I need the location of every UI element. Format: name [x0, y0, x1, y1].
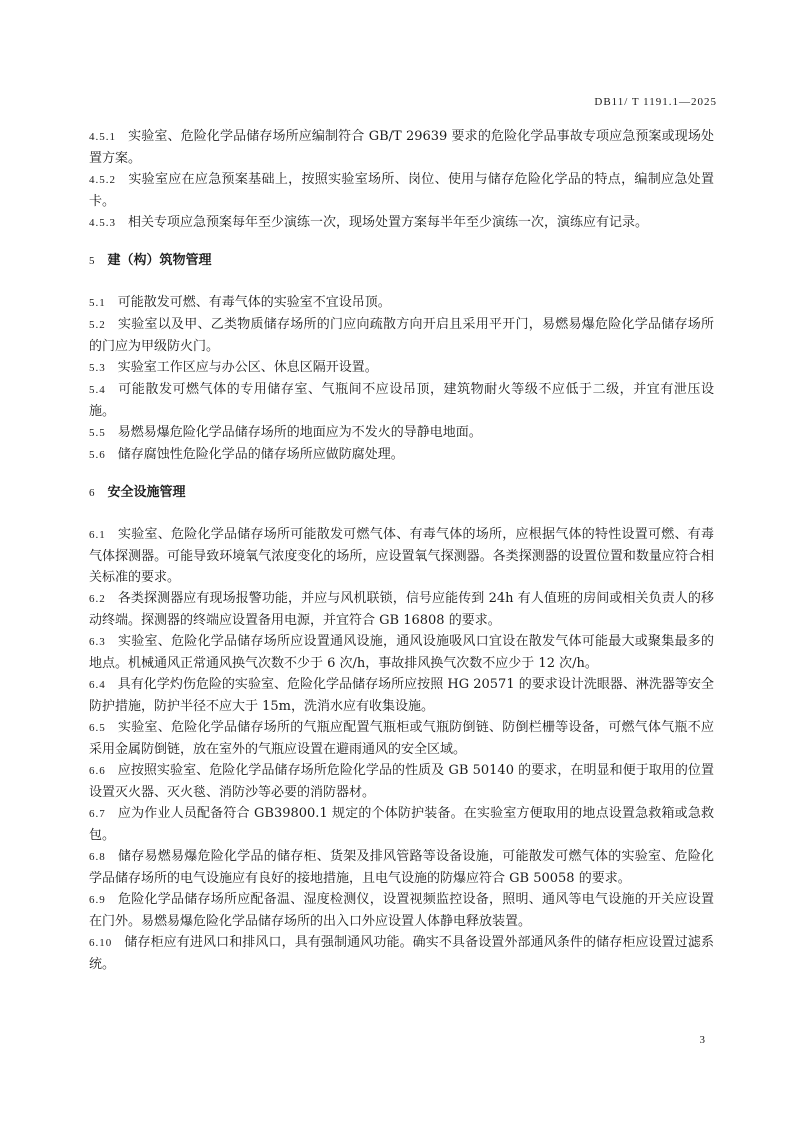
clause-text: 实验室、危险化学品储存场所的气瓶应配置气瓶柜或气瓶防倒链、防倒栏栅等设备，可燃气…: [89, 720, 714, 757]
clause-text: 实验室工作区应与办公区、休息区隔开设置。: [118, 360, 378, 375]
clause-text: 易燃易爆危险化学品储存场所的地面应为不发火的导静电地面。: [118, 425, 482, 440]
clause-number: 4.5.2: [89, 174, 116, 186]
clause-text: 相关专项应急预案每年至少演练一次，现场处置方案每半年至少演练一次，演练应有记录。: [128, 215, 648, 230]
clause-number: 6.2: [89, 593, 106, 605]
clause-number: 6.4: [89, 679, 106, 691]
clause-6-3: 6.3实验室、危险化学品储存场所应设置通风设施，通风设施吸风口宜设在散发气体可能…: [89, 631, 714, 674]
clause-number: 6.7: [89, 808, 106, 820]
clause-text: 可能散发可燃、有毒气体的实验室不宜设吊顶。: [118, 295, 391, 310]
clause-text: 危险化学品储存场所应配备温、湿度检测仪，设置视频监控设备，照明、通风等电气设施的…: [89, 892, 714, 929]
page-number: 3: [700, 1034, 706, 1046]
clause-6-8: 6.8储存易燃易爆危险化学品的储存柜、货架及排风管路等设备设施，可能散发可燃气体…: [89, 846, 714, 889]
clause-number: 5.2: [89, 319, 106, 331]
clause-number: 5.1: [89, 297, 106, 309]
clause-number: 6.10: [89, 937, 112, 949]
clause-6-10: 6.10储存柜应有进风口和排风口，具有强制通风功能。确实不具备设置外部通风条件的…: [89, 932, 714, 975]
section-title: 建（构）筑物管理: [108, 253, 212, 268]
clause-text: 储存柜应有进风口和排风口，具有强制通风功能。确实不具备设置外部通风条件的储存柜应…: [89, 935, 714, 972]
clause-text: 实验室、危险化学品储存场所应设置通风设施，通风设施吸风口宜设在散发气体可能最大或…: [89, 634, 714, 671]
clause-6-2: 6.2各类探测器应有现场报警功能，并应与风机联锁，信号应能传到 24h 有人值班…: [89, 588, 714, 631]
section-title: 安全设施管理: [108, 485, 186, 500]
clause-text: 各类探测器应有现场报警功能，并应与风机联锁，信号应能传到 24h 有人值班的房间…: [89, 591, 714, 628]
clause-text: 储存易燃易爆危险化学品的储存柜、货架及排风管路等设备设施，可能散发可燃气体的实验…: [89, 849, 714, 886]
clause-number: 6.6: [89, 765, 106, 777]
clause-5-4: 5.4可能散发可燃气体的专用储存室、气瓶间不应设吊顶，建筑物耐火等级不应低于二级…: [89, 379, 714, 422]
clause-5-2: 5.2实验室以及甲、乙类物质储存场所的门应向疏散方向开启且采用平开门，易燃易爆危…: [89, 314, 714, 357]
document-body: 4.5.1实验室、危险化学品储存场所应编制符合 GB/T 29639 要求的危险…: [89, 126, 714, 975]
clause-number: 6.8: [89, 851, 106, 863]
clause-number: 6.5: [89, 722, 106, 734]
clause-text: 具有化学灼伤危险的实验室、危险化学品储存场所应按照 HG 20571 的要求设计…: [89, 677, 714, 714]
clause-4-5-1: 4.5.1实验室、危险化学品储存场所应编制符合 GB/T 29639 要求的危险…: [89, 126, 714, 169]
clause-number: 4.5.3: [89, 217, 116, 229]
clause-number: 5.3: [89, 362, 106, 374]
clause-5-3: 5.3实验室工作区应与办公区、休息区隔开设置。: [89, 357, 714, 379]
clause-number: 5.5: [89, 427, 106, 439]
clause-text: 应按照实验室、危险化学品储存场所危险化学品的性质及 GB 50140 的要求，在…: [89, 763, 714, 800]
section-heading-5: 5建（构）筑物管理: [89, 250, 714, 272]
clause-6-9: 6.9危险化学品储存场所应配备温、湿度检测仪，设置视频监控设备，照明、通风等电气…: [89, 889, 714, 932]
clause-6-4: 6.4具有化学灼伤危险的实验室、危险化学品储存场所应按照 HG 20571 的要…: [89, 674, 714, 717]
clause-6-1: 6.1实验室、危险化学品储存场所可能散发可燃气体、有毒气体的场所，应根据气体的特…: [89, 524, 714, 588]
clause-text: 实验室、危险化学品储存场所可能散发可燃气体、有毒气体的场所，应根据气体的特性设置…: [89, 527, 714, 585]
clause-text: 可能散发可燃气体的专用储存室、气瓶间不应设吊顶，建筑物耐火等级不应低于二级，并宜…: [89, 382, 714, 419]
section-number: 6: [89, 487, 96, 499]
clause-4-5-2: 4.5.2实验室应在应急预案基础上，按照实验室场所、岗位、使用与储存危险化学品的…: [89, 169, 714, 212]
clause-4-5-3: 4.5.3相关专项应急预案每年至少演练一次，现场处置方案每半年至少演练一次，演练…: [89, 212, 714, 234]
clause-5-1: 5.1可能散发可燃、有毒气体的实验室不宜设吊顶。: [89, 292, 714, 314]
clause-6-6: 6.6应按照实验室、危险化学品储存场所危险化学品的性质及 GB 50140 的要…: [89, 760, 714, 803]
clause-6-7: 6.7应为作业人员配备符合 GB39800.1 规定的个体防护装备。在实验室方便…: [89, 803, 714, 846]
clause-number: 4.5.1: [89, 131, 116, 143]
clause-5-6: 5.6储存腐蚀性危险化学品的储存场所应做防腐处理。: [89, 444, 714, 466]
clause-text: 应为作业人员配备符合 GB39800.1 规定的个体防护装备。在实验室方便取用的…: [89, 806, 714, 843]
clause-text: 储存腐蚀性危险化学品的储存场所应做防腐处理。: [118, 447, 404, 462]
clause-text: 实验室应在应急预案基础上，按照实验室场所、岗位、使用与储存危险化学品的特点，编制…: [89, 172, 714, 209]
document-id-header: DB11/ T 1191.1—2025: [594, 96, 717, 108]
clause-6-5: 6.5实验室、危险化学品储存场所的气瓶应配置气瓶柜或气瓶防倒链、防倒栏栅等设备，…: [89, 717, 714, 760]
clause-number: 6.1: [89, 529, 106, 541]
section-heading-6: 6安全设施管理: [89, 482, 714, 504]
clause-number: 5.4: [89, 384, 106, 396]
clause-text: 实验室以及甲、乙类物质储存场所的门应向疏散方向开启且采用平开门，易燃易爆危险化学…: [89, 317, 714, 354]
clause-number: 6.9: [89, 894, 106, 906]
clause-number: 5.6: [89, 449, 106, 461]
clause-text: 实验室、危险化学品储存场所应编制符合 GB/T 29639 要求的危险化学品事故…: [89, 129, 714, 166]
clause-5-5: 5.5易燃易爆危险化学品储存场所的地面应为不发火的导静电地面。: [89, 422, 714, 444]
clause-number: 6.3: [89, 636, 106, 648]
section-number: 5: [89, 255, 96, 267]
